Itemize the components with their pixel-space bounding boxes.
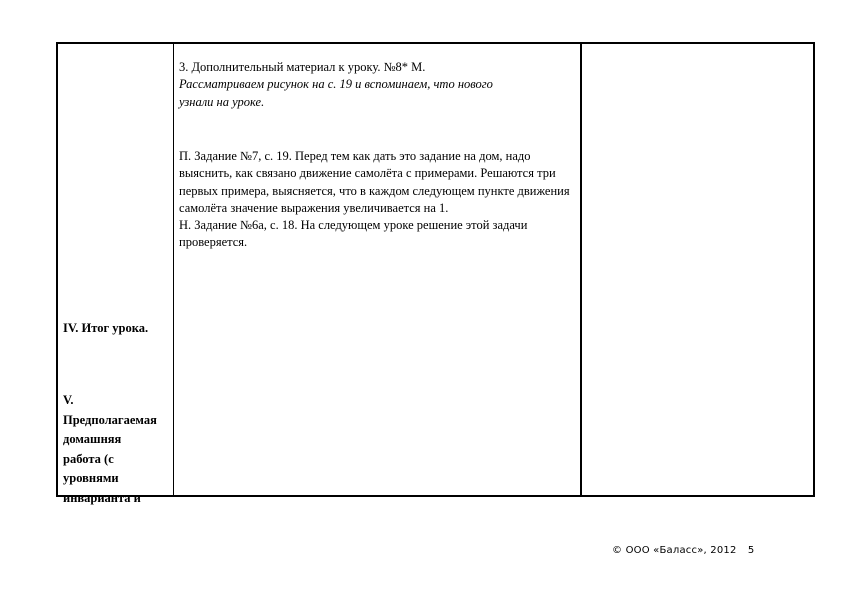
page-footer: © ООО «Баласс», 2012 5 xyxy=(612,545,754,556)
copyright-text: © ООО «Баласс», 2012 xyxy=(612,545,737,556)
content-column: 3. Дополнительный материал к уроку. №8* … xyxy=(174,44,582,495)
additional-material-note-1: Рассматриваем рисунок на с. 19 и вспомин… xyxy=(179,76,576,93)
homework-level-n: Н. Задание №6а, с. 18. На следующем урок… xyxy=(179,217,576,252)
summary-heading: IV. Итог урока. xyxy=(63,320,169,337)
homework-details: П. Задание №7, с. 19. Перед тем как дать… xyxy=(179,148,576,252)
page-number: 5 xyxy=(748,545,755,556)
lesson-plan-table: IV. Итог урока. V. Предполагаемая домашн… xyxy=(56,42,815,497)
stage-column: IV. Итог урока. V. Предполагаемая домашн… xyxy=(58,44,174,495)
additional-material: 3. Дополнительный материал к уроку. №8* … xyxy=(179,59,576,111)
additional-material-note-2: узнали на уроке. xyxy=(179,94,576,111)
notes-column xyxy=(582,44,813,495)
homework-heading: V. Предполагаемая домашняя работа (с уро… xyxy=(63,391,169,508)
homework-level-p: П. Задание №7, с. 19. Перед тем как дать… xyxy=(179,148,576,217)
additional-material-title: 3. Дополнительный материал к уроку. №8* … xyxy=(179,59,576,76)
